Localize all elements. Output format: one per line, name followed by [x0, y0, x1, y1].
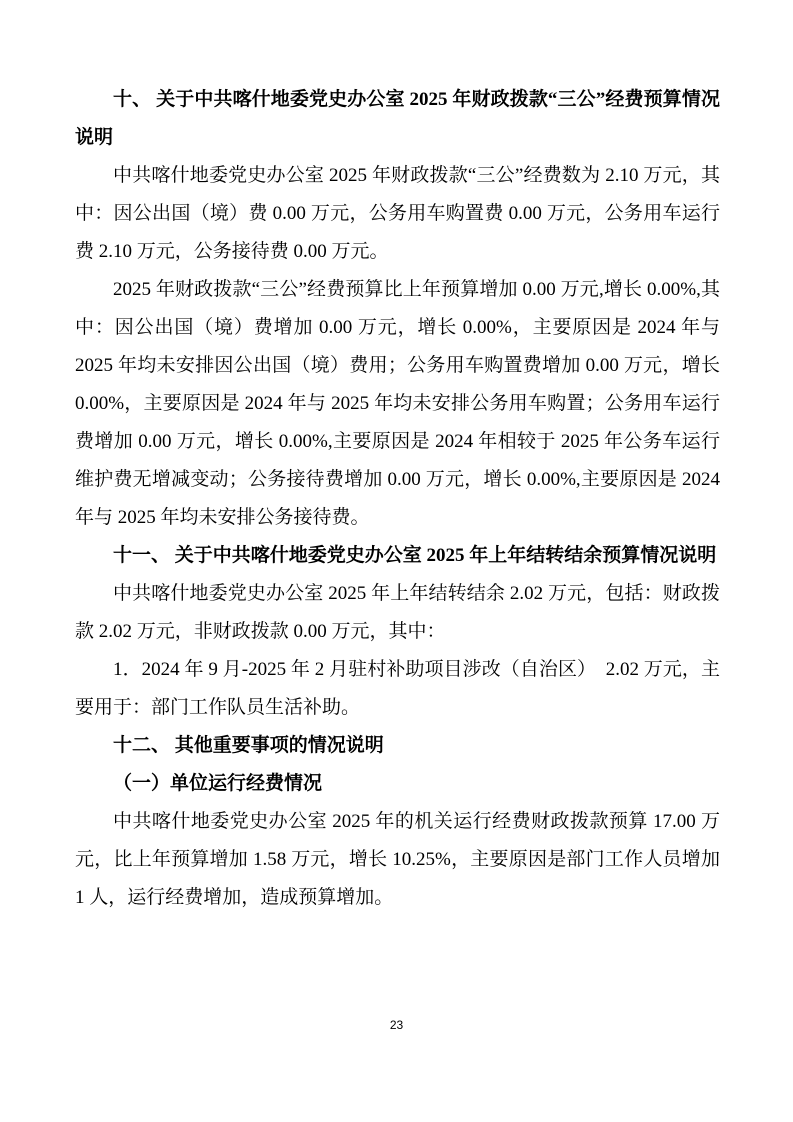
document-page: 十、 关于中共喀什地委党史办公室 2025 年财政拨款“三公”经费预算情况说明 … — [0, 0, 793, 1122]
subsection-heading-operating-expenses: （一）单位运行经费情况 — [75, 765, 720, 803]
paragraph-operating-expenses: 中共喀什地委党史办公室 2025 年的机关运行经费财政拨款预算 17.00 万元… — [75, 803, 720, 917]
paragraph-carryover-item-1: 1．2024 年 9 月-2025 年 2 月驻村补助项目涉改（自治区） 2.0… — [75, 651, 720, 727]
section-heading-ten: 十、 关于中共喀什地委党史办公室 2025 年财政拨款“三公”经费预算情况说明 — [75, 81, 720, 157]
section-heading-eleven: 十一、 关于中共喀什地委党史办公室 2025 年上年结转结余预算情况说明 — [75, 537, 720, 575]
page-number: 23 — [0, 1018, 793, 1032]
document-body: 十、 关于中共喀什地委党史办公室 2025 年财政拨款“三公”经费预算情况说明 … — [75, 81, 720, 917]
paragraph-three-public-funds-amounts: 中共喀什地委党史办公室 2025 年财政拨款“三公”经费数为 2.10 万元，其… — [75, 157, 720, 271]
section-heading-twelve: 十二、 其他重要事项的情况说明 — [75, 727, 720, 765]
paragraph-three-public-funds-changes: 2025 年财政拨款“三公”经费预算比上年预算增加 0.00 万元,增长 0.0… — [75, 271, 720, 537]
paragraph-carryover-balance: 中共喀什地委党史办公室 2025 年上年结转结余 2.02 万元，包括：财政拨款… — [75, 575, 720, 651]
